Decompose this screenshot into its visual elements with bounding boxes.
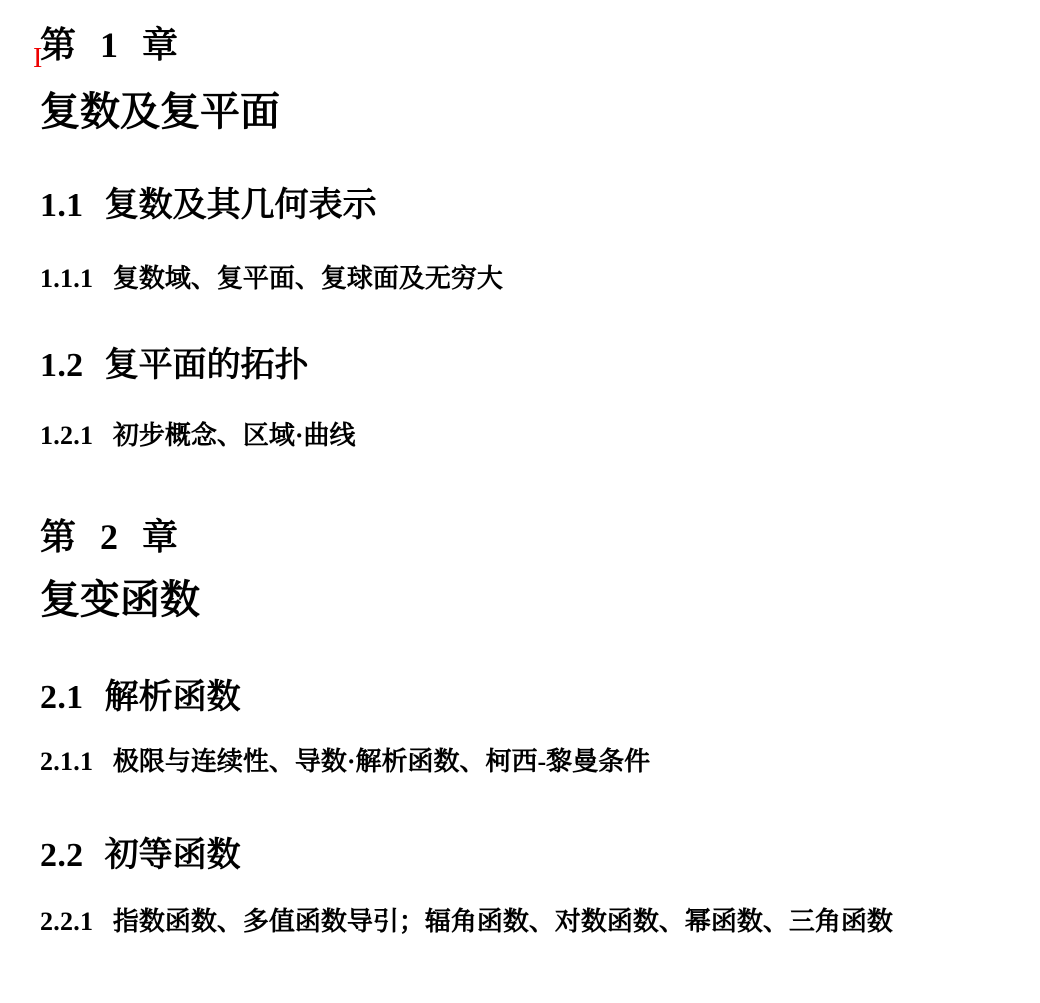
section-2-2-heading: 2.2初等函数: [40, 839, 241, 873]
chapter-2-title: 复变函数: [40, 580, 200, 620]
heading-title: 复平面的拓扑: [105, 347, 309, 384]
section-1-1-heading: 1.1复数及其几何表示: [40, 189, 377, 223]
chapter-prefix: 第: [40, 519, 76, 555]
heading-number: 2.2: [40, 837, 84, 874]
heading-title: 初步概念、区域·曲线: [113, 421, 356, 450]
chapter-suffix: 章: [142, 27, 178, 63]
heading-number: 1.1: [40, 187, 84, 224]
heading-number: 2.2.1: [40, 907, 93, 936]
document-page: I 第 1 章 复数及复平面 1.1复数及其几何表示 1.1.1复数域、复平面、…: [0, 0, 1040, 1003]
chapter-number: 2: [100, 519, 118, 555]
heading-number: 2.1.1: [40, 747, 93, 776]
heading-title: 初等函数: [105, 837, 241, 874]
chapter-1-number-line: 第 1 章: [40, 27, 178, 63]
subsection-1-2-1-heading: 1.2.1初步概念、区域·曲线: [40, 423, 355, 449]
heading-title: 极限与连续性、导数·解析函数、柯西-黎曼条件: [113, 747, 650, 776]
heading-number: 1.2.1: [40, 421, 93, 450]
chapter-2-number-line: 第 2 章: [40, 519, 178, 555]
subsection-1-1-1-heading: 1.1.1复数域、复平面、复球面及无穷大: [40, 266, 503, 292]
section-1-2-heading: 1.2复平面的拓扑: [40, 349, 309, 383]
heading-title: 复数及其几何表示: [105, 187, 377, 224]
chapter-1-title: 复数及复平面: [40, 92, 280, 132]
chapter-suffix: 章: [142, 519, 178, 555]
heading-number: 1.2: [40, 347, 84, 384]
chapter-number: 1: [100, 27, 118, 63]
heading-number: 2.1: [40, 679, 84, 716]
heading-number: 1.1.1: [40, 264, 93, 293]
heading-title: 复数域、复平面、复球面及无穷大: [113, 264, 503, 293]
subsection-2-1-1-heading: 2.1.1极限与连续性、导数·解析函数、柯西-黎曼条件: [40, 749, 650, 775]
section-2-1-heading: 2.1解析函数: [40, 681, 241, 715]
heading-title: 指数函数、多值函数导引；辐角函数、对数函数、幂函数、三角函数: [113, 907, 893, 936]
heading-title: 解析函数: [105, 679, 241, 716]
chapter-prefix: 第: [40, 27, 76, 63]
subsection-2-2-1-heading: 2.2.1指数函数、多值函数导引；辐角函数、对数函数、幂函数、三角函数: [40, 909, 893, 935]
